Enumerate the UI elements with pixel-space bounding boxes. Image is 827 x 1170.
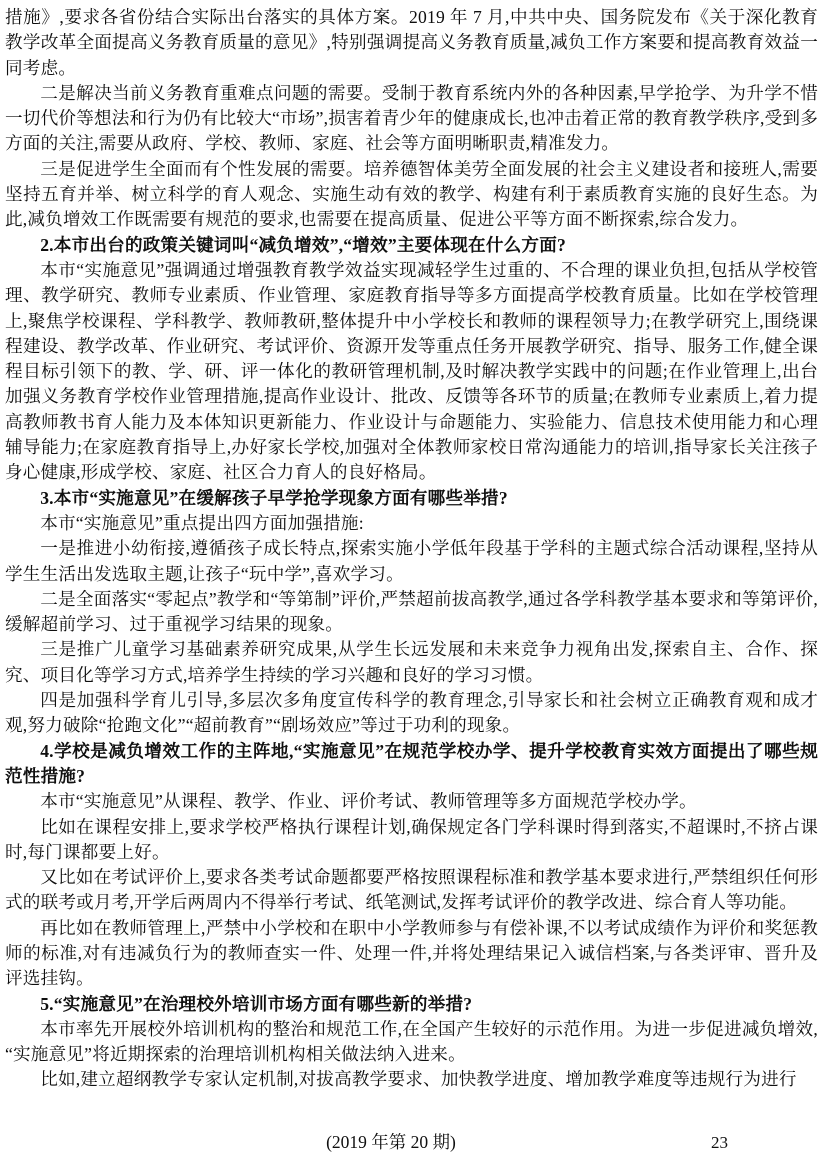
article-body: 措施》,要求各省份结合实际出台落实的具体方案。2019 年 7 月,中共中央、国… [5, 5, 818, 1093]
body-paragraph: 一是推进小幼衔接,遵循孩子成长特点,探索实施小学低年段基于学科的主题式综合活动课… [5, 536, 818, 587]
document-page: 措施》,要求各省份结合实际出台落实的具体方案。2019 年 7 月,中共中央、国… [0, 0, 827, 1170]
body-paragraph: 二是全面落实“零起点”教学和“等第制”评价,严禁超前拔高教学,通过各学科教学基本… [5, 587, 818, 638]
body-paragraph: 三是促进学生全面而有个性发展的需要。培养德智体美劳全面发展的社会主义建设者和接班… [5, 157, 818, 233]
body-paragraph: 比如在课程安排上,要求学校严格执行课程计划,确保规定各门学科课时得到落实,不超课… [5, 815, 818, 866]
body-paragraph: 二是解决当前义务教育重难点问题的需要。受制于教育系统内外的各种因素,早学抢学、为… [5, 81, 818, 157]
page-number: 23 [711, 1130, 728, 1155]
question-heading: 2.本市出台的政策关键词叫“减负增效”,“增效”主要体现在什么方面? [5, 233, 818, 258]
body-paragraph: 三是推广儿童学习基础素养研究成果,从学生长远发展和未来竞争力视角出发,探索自主、… [5, 637, 818, 688]
body-paragraph: 又比如在考试评价上,要求各类考试命题都要严格按照课程标准和教学基本要求进行,严禁… [5, 865, 818, 916]
body-paragraph: 本市“实施意见”强调通过增强教育教学效益实现减轻学生过重的、不合理的课业负担,包… [5, 258, 818, 486]
question-heading: 4.学校是减负增效工作的主阵地,“实施意见”在规范学校办学、提升学校教育实效方面… [5, 739, 818, 790]
body-paragraph: 本市“实施意见”重点提出四方面加强措施: [5, 511, 818, 536]
body-paragraph: 四是加强科学育儿引导,多层次多角度宣传科学的教育理念,引导家长和社会树立正确教育… [5, 688, 818, 739]
body-paragraph: 本市“实施意见”从课程、教学、作业、评价考试、教师管理等多方面规范学校办学。 [5, 789, 818, 814]
body-paragraph: 本市率先开展校外培训机构的整治和规范工作,在全国产生较好的示范作用。为进一步促进… [5, 1017, 818, 1068]
question-heading: 5.“实施意见”在治理校外培训市场方面有哪些新的举措? [5, 992, 818, 1017]
body-paragraph: 比如,建立超纲教学专家认定机制,对拔高教学要求、加快教学进度、增加教学难度等违规… [5, 1067, 818, 1092]
page-footer: (2019 年第 20 期) 23 [0, 1130, 827, 1158]
journal-issue: (2019 年第 20 期) [0, 1130, 782, 1155]
body-paragraph: 再比如在教师管理上,严禁中小学校和在职中小学教师参与有偿补课,不以考试成绩作为评… [5, 916, 818, 992]
body-paragraph: 措施》,要求各省份结合实际出台落实的具体方案。2019 年 7 月,中共中央、国… [5, 5, 818, 81]
question-heading: 3.本市“实施意见”在缓解孩子早学抢学现象方面有哪些举措? [5, 486, 818, 511]
